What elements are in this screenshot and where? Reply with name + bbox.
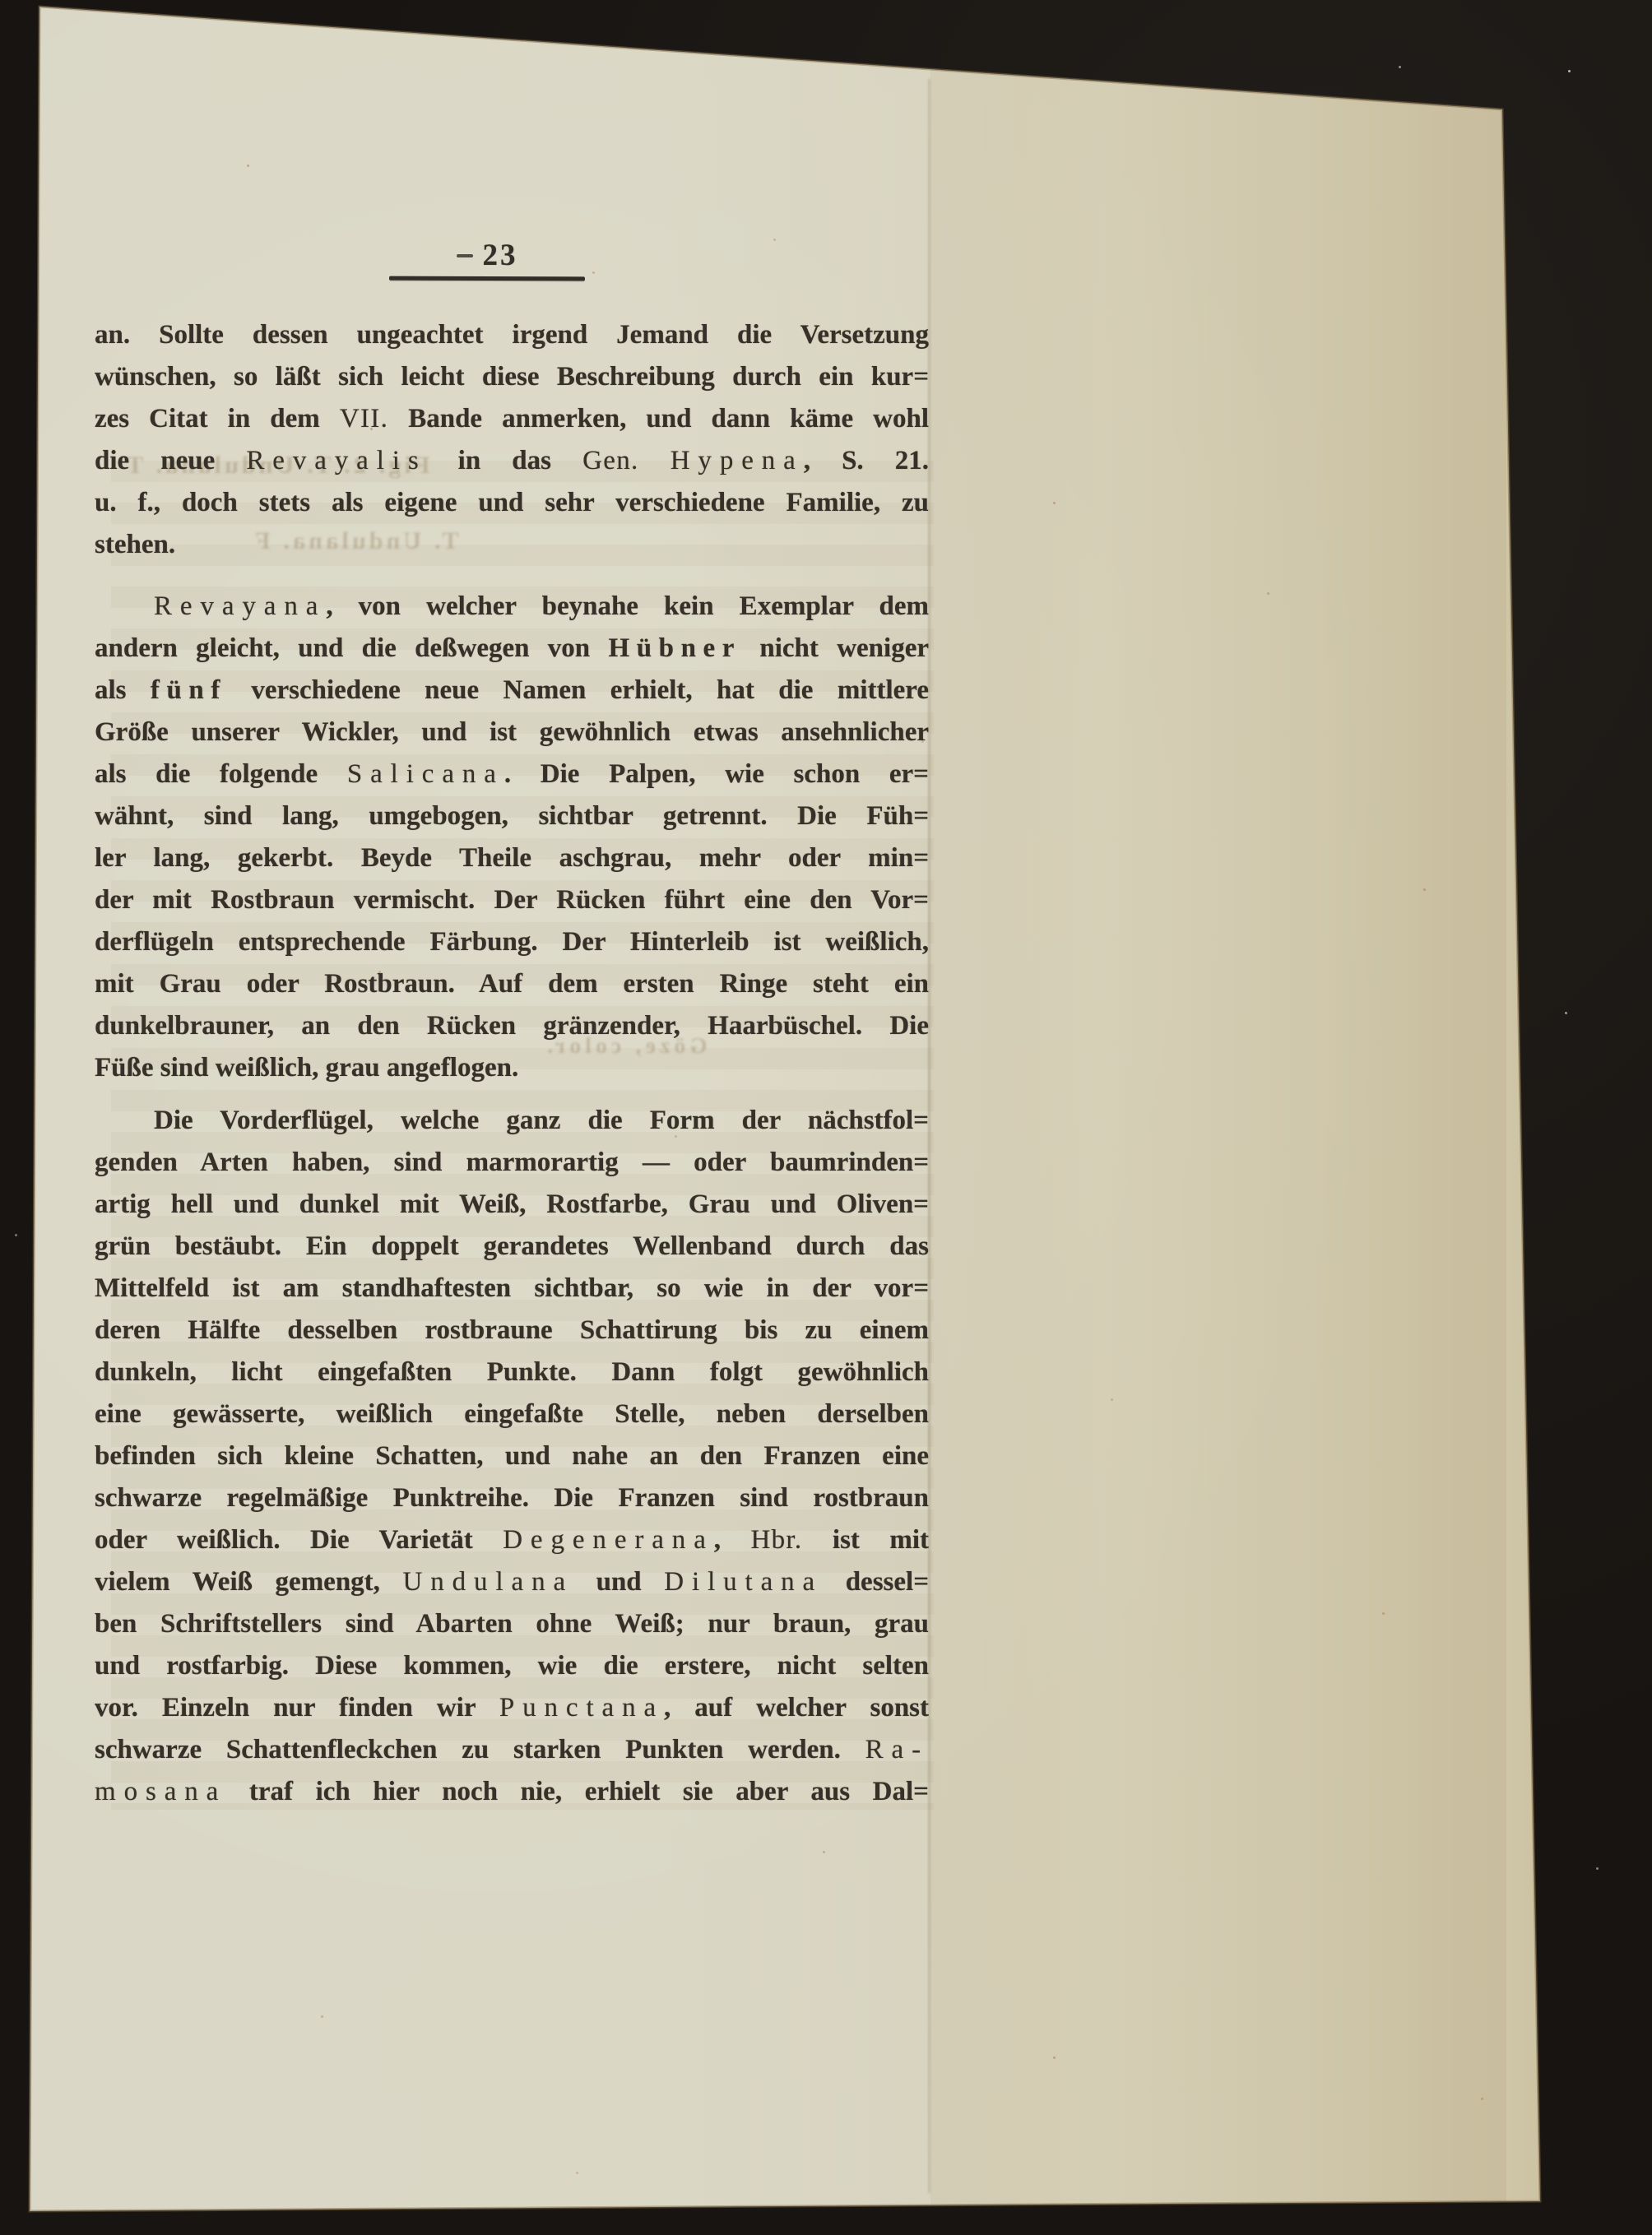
fraktur-text: ben Schriftstellers sind Abarten ohne We… [95, 1609, 929, 1639]
page-number-rule [389, 276, 585, 281]
fraktur-text [639, 446, 671, 475]
fraktur-text: stehen. [95, 530, 175, 559]
fraktur-text: traf ich hier noch nie, erhielt sie aber… [226, 1777, 929, 1806]
text-line: oder weißlich. Die Varietät Degenerana, … [95, 1519, 929, 1561]
antiqua-text: Gen. [582, 446, 639, 475]
text-line: derflügeln entsprechende Färbung. Der Hi… [95, 921, 929, 963]
text-line: dunkeln, licht eingefaßten Punkte. Dann … [95, 1352, 929, 1393]
fraktur-text: und [573, 1567, 664, 1597]
antiqua-text: Degenerana [503, 1525, 714, 1555]
text-line: eine gewässerte, weißlich eingefaßte Ste… [95, 1393, 929, 1435]
text-line: dunkelbrauner, an den Rücken gränzender,… [95, 1005, 929, 1047]
fraktur-text: Mittelfeld ist am standhaftesten sichtba… [95, 1273, 929, 1303]
fraktur-text: und rostfarbig. Diese kommen, wie die er… [95, 1651, 929, 1681]
text-line: ben Schriftstellers sind Abarten ohne We… [95, 1603, 929, 1645]
antiqua-text: VII. [340, 404, 388, 434]
fraktur-text: als [95, 675, 151, 705]
fraktur-text: wähnt, sind lang, umgebogen, sichtbar ge… [95, 801, 929, 831]
fraktur-text: Bande anmerken, und dann käme wohl [388, 404, 929, 434]
fraktur-text: ist mit [802, 1525, 929, 1555]
text-line: vielem Weiß gemengt, Undulana und Diluta… [95, 1561, 929, 1603]
fraktur-text: , von welcher beynahe kein Exemplar dem [326, 591, 929, 621]
antiqua-text: Ra- [865, 1735, 929, 1764]
text-line: wünschen, so läßt sich leicht diese Besc… [95, 356, 929, 398]
fraktur-text: der mit Rostbraun vermischt. Der Rücken … [95, 885, 929, 915]
fraktur-text: , S. 21. [804, 446, 929, 475]
fraktur-text: zes Citat in dem [95, 404, 340, 434]
antiqua-text: Undulana [403, 1567, 574, 1597]
text-line: u. f., doch stets als eigene und sehr ve… [95, 482, 929, 524]
scanner-dust [1568, 70, 1571, 72]
fraktur-text: dessel= [823, 1567, 929, 1597]
scanned-book-page: Fig. 2. T. Undulana. TT. Undulana. FGöze… [0, 0, 1652, 2235]
text-line: mit Grau oder Rostbraun. Auf dem ersten … [95, 963, 929, 1005]
text-line: mosana traf ich hier noch nie, erhielt s… [95, 1771, 929, 1813]
text-line: Die Vorderflügel, welche ganz die Form d… [95, 1100, 929, 1142]
fraktur-text: mit Grau oder Rostbraun. Auf dem ersten … [95, 969, 929, 999]
fraktur-text: verschiedene neue Namen erhielt, hat die… [227, 675, 929, 705]
paper-specks [247, 165, 249, 167]
fraktur-text: vor. Einzeln nur finden wir [95, 1693, 499, 1723]
fraktur-text: fünf [151, 675, 227, 705]
fraktur-text: schwarze Schattenfleckchen zu starken Pu… [95, 1735, 865, 1764]
text-line: Größe unserer Wickler, und ist gewöhnlic… [95, 712, 929, 754]
fraktur-text: wünschen, so läßt sich leicht diese Besc… [95, 362, 929, 392]
fraktur-text: dunkeln, licht eingefaßten Punkte. Dann … [95, 1357, 929, 1387]
text-line: Revayana, von welcher beynahe kein Exemp… [95, 586, 929, 628]
paragraph: Revayana, von welcher beynahe kein Exemp… [95, 586, 929, 1089]
text-line: schwarze Schattenfleckchen zu starken Pu… [95, 1729, 929, 1771]
fraktur-text: deren Hälfte desselben rostbraune Schatt… [95, 1315, 929, 1345]
fraktur-text: derflügeln entsprechende Färbung. Der Hi… [95, 927, 929, 957]
text-line: grün bestäubt. Ein doppelt gerandetes We… [95, 1226, 929, 1268]
antiqua-text: Hypena [671, 446, 804, 475]
fraktur-text: grün bestäubt. Ein doppelt gerandetes We… [95, 1231, 929, 1261]
antiqua-text: Revayalis [246, 446, 426, 475]
text-line: und rostfarbig. Diese kommen, wie die er… [95, 1645, 929, 1687]
text-line: Mittelfeld ist am standhaftesten sichtba… [95, 1268, 929, 1310]
fraktur-text: eine gewässerte, weißlich eingefaßte Ste… [95, 1399, 929, 1429]
fraktur-text: Hübner [609, 633, 742, 663]
fraktur-text: die neue [95, 446, 246, 475]
fraktur-text: vielem Weiß gemengt, [95, 1567, 403, 1597]
fraktur-text: oder weißlich. Die Varietät [95, 1525, 503, 1555]
page-number-dash [457, 254, 473, 257]
fraktur-text: in das [427, 446, 583, 475]
fraktur-text: nicht weniger [741, 633, 929, 663]
text-line: Füße sind weißlich, grau angeflogen. [95, 1047, 929, 1089]
text-line: die neue Revayalis in das Gen. Hypena, S… [95, 440, 929, 482]
text-line: schwarze regelmäßige Punktreihe. Die Fra… [95, 1477, 929, 1519]
text-line: an. Sollte dessen ungeachtet irgend Jema… [95, 314, 929, 356]
fraktur-text: Die Vorderflügel, welche ganz die Form d… [154, 1106, 929, 1135]
page-number-row: 23 [372, 239, 602, 272]
text-line: vor. Einzeln nur finden wir Punctana, au… [95, 1687, 929, 1729]
paper-sheet: Fig. 2. T. Undulana. TT. Undulana. FGöze… [0, 0, 1652, 2235]
text-line: genden Arten haben, sind marmorartig — o… [95, 1142, 929, 1184]
antiqua-text: Salicana [347, 759, 504, 789]
fraktur-text: als die folgende [95, 759, 347, 789]
text-line: zes Citat in dem VII. Bande anmerken, un… [95, 398, 929, 440]
text-block: an. Sollte dessen ungeachtet irgend Jema… [95, 314, 929, 1813]
fraktur-text: Größe unserer Wickler, und ist gewöhnlic… [95, 717, 929, 747]
fraktur-text: befinden sich kleine Schatten, und nahe … [95, 1441, 929, 1471]
antiqua-text: mosana [95, 1777, 226, 1806]
page-header: 23 [372, 239, 602, 281]
text-line: wähnt, sind lang, umgebogen, sichtbar ge… [95, 795, 929, 837]
text-line: deren Hälfte desselben rostbraune Schatt… [95, 1310, 929, 1352]
fraktur-text: . Die Palpen, wie schon er= [504, 759, 929, 789]
paragraph: an. Sollte dessen ungeachtet irgend Jema… [95, 314, 929, 566]
fraktur-text: an. Sollte dessen ungeachtet irgend Jema… [95, 320, 929, 350]
fraktur-text: genden Arten haben, sind marmorartig — o… [95, 1148, 929, 1177]
text-line: befinden sich kleine Schatten, und nahe … [95, 1435, 929, 1477]
text-line: stehen. [95, 524, 929, 566]
fraktur-text: ler lang, gekerbt. Beyde Theile aschgrau… [95, 843, 929, 873]
antiqua-text: Dilutana [664, 1567, 823, 1597]
text-line: der mit Rostbraun vermischt. Der Rücken … [95, 879, 929, 921]
text-line: als fünf verschiedene neue Namen erhielt… [95, 670, 929, 712]
paragraph: Die Vorderflügel, welche ganz die Form d… [95, 1100, 929, 1813]
text-line: artig hell und dunkel mit Weiß, Rostfarb… [95, 1184, 929, 1226]
fraktur-text: , auf welcher sonst [664, 1693, 929, 1723]
fraktur-text: , [714, 1525, 751, 1555]
fraktur-text: artig hell und dunkel mit Weiß, Rostfarb… [95, 1189, 929, 1219]
fraktur-text: dunkelbrauner, an den Rücken gränzender,… [95, 1011, 929, 1041]
page-edge-tint [930, 49, 1506, 2205]
page-number: 23 [483, 239, 518, 272]
antiqua-text: Hbr. [750, 1525, 802, 1555]
fraktur-text: andern gleicht, und die deßwegen von [95, 633, 609, 663]
fraktur-text: u. f., doch stets als eigene und sehr ve… [95, 488, 929, 517]
text-line: als die folgende Salicana. Die Palpen, w… [95, 754, 929, 795]
fraktur-text: Füße sind weißlich, grau angeflogen. [95, 1053, 518, 1083]
text-line: ler lang, gekerbt. Beyde Theile aschgrau… [95, 837, 929, 879]
antiqua-text: Punctana [499, 1693, 664, 1723]
text-line: andern gleicht, und die deßwegen von Hüb… [95, 628, 929, 670]
fraktur-text: schwarze regelmäßige Punktreihe. Die Fra… [95, 1483, 929, 1513]
antiqua-text: Revayana [154, 591, 326, 621]
